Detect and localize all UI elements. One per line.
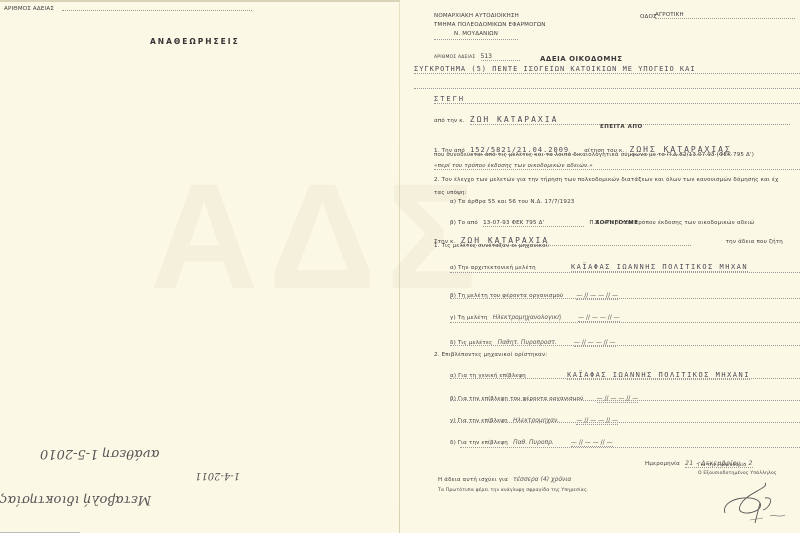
date-label: Ημερομηνία [645, 461, 680, 467]
description-line-2: ΣΤΕΓΗ [434, 95, 800, 104]
supervision-label: δ) Για την επίβλεψη [450, 440, 508, 446]
from-label: από την κ. [434, 118, 465, 124]
supervision-row: δ) Για την επίβλεψη Παθ. Πυροπρ. — // — … [450, 429, 800, 448]
handwritten-note-2: 1-4-2011 [195, 470, 240, 481]
study-label: α) Την αρχιτεκτονική μελέτη [450, 265, 536, 271]
permit-number: ΑΡΙΘΜΟΣ ΑΔΕΙΑΣ 513 [434, 43, 520, 62]
study-value: ΚΑΪΑΦΑΣ ΙΩΑΝΝΗΣ ΠΟΛΙΤΙΚΟΣ ΜΗΧΑΝ [571, 263, 748, 272]
after-heading: ΕΠΕΙΤΑ ΑΠΟ [600, 124, 643, 130]
authority-line-2: ΤΜΗΜΑ ΠΟΛΕΟΔΟΜΙΚΩΝ ΕΦΑΡΜΟΓΩΝ [434, 21, 546, 30]
studies-heading: 1. Τις μελέτες συνέταξαν οι μηχανικοί: [434, 243, 550, 249]
revisions-heading: ΑΝΑΘΕΩΡΗΣΕΙΣ [150, 37, 240, 46]
description-blank-line [414, 88, 800, 89]
authority-line-3: Ν. ΜΟΥΔΑΝΙΩΝ [434, 30, 518, 40]
signature-block: Για την Πολεοδομία Ο Εξουσιοδοτημένος Υπ… [698, 462, 777, 478]
supervision-value: — // — — // — [576, 417, 618, 425]
authority-block: ΝΟΜΑΡΧΙΑΚΗ ΑΥΤΟΔΙΟΙΚΗΣΗ ΤΜΗΜΑ ΠΟΛΕΟΔΟΜΙΚ… [434, 12, 546, 40]
supervision-hand-label: Παθ. Πυροπρ. [513, 439, 554, 446]
item2-a: α) Τα άρθρα 55 και 56 του Ν.Δ. 17/7/1923 [450, 199, 575, 205]
validity-row: Η άδεια αυτή ισχύει για τέσσερα (4) χρόν… [438, 466, 571, 485]
study-value: — // — — // — [578, 314, 620, 322]
study-hand-label: Ηλεκτρομηχανολογική [493, 314, 561, 321]
signature-line-1: Για την Πολεοδομία [698, 462, 777, 470]
footer-note: Τα Πρωτότυπα φέρει την ανάγλυφη σφραγίδα… [438, 488, 588, 493]
signature-icon [715, 478, 795, 528]
supervision-heading: 2. Επιβλέποντες μηχανικοί ορίστηκαν: [434, 352, 547, 358]
right-page: ΑΔΣ ΝΟΜΑΡΧΙΑΚΗ ΑΥΤΟΔΙΟΙΚΗΣΗ ΤΜΗΜΑ ΠΟΛΕΟΔ… [400, 0, 800, 533]
permit-number-label: ΑΡΙΘΜΟΣ ΑΔΕΙΑΣ [434, 55, 475, 60]
supervision-value: — // — — // — [571, 439, 613, 447]
grant-heading: ΧΟΡΗΓΟΥΜΕ [595, 220, 638, 226]
supervision-blank-line [450, 378, 800, 379]
item2-b-prefix: β) Το από [450, 220, 478, 226]
supervision-blank-line [450, 400, 800, 401]
grant-suffix: την άδεια που ζήτη [726, 239, 783, 245]
study-blank-line [450, 345, 800, 346]
supervision-row: γ) Για την επίβλεψη Ηλεκτρομηχαν. — // —… [450, 407, 800, 426]
supervision-label: γ) Για την επίβλεψη [450, 418, 508, 424]
study-blank-line [450, 322, 800, 323]
item2-b-value: 13-07-93 ΦΕΚ 795 Δ' [483, 220, 584, 227]
validity-value: τέσσερα (4) χρόνια [513, 476, 571, 483]
document-title: ΑΔΕΙΑ ΟΙΚΟΔΟΜΗΣ [540, 55, 622, 63]
study-blank-line [450, 298, 800, 299]
description-line-1: ΣΥΓΚΡΟΤΗΜΑ (5) ΠΕΝΤΕ ΙΣΟΓΕΙΩΝ ΚΑΤΟΙΚΙΩΝ … [414, 65, 800, 74]
validity-prefix: Η άδεια αυτή ισχύει για [438, 477, 508, 483]
item1-line3: «περί του τρόπου έκδοσης των οικοδομικών… [434, 163, 800, 170]
supervision-blank-line [450, 422, 800, 423]
street-value: ΑΓΡΟΤΙΚΗ [655, 12, 795, 19]
permit-number-value: 513 [481, 53, 520, 61]
handwritten-note-1: ανάθεση 1-5-2010 [40, 446, 159, 461]
supervision-row: β) Για την επίβλεψη του φέροντα οργανισμ… [450, 385, 800, 404]
study-label: γ) Τη μελέτη [450, 315, 488, 321]
item1-line2: που συνοδεύεται από τις μελέτες και τα λ… [434, 152, 754, 158]
supervision-blank-line [460, 447, 800, 448]
signature-line-2: Ο Εξουσιοδοτημένος Υπάλληλος [698, 470, 777, 478]
study-row: γ) Τη μελέτη Ηλεκτρομηχανολογική — // — … [450, 304, 800, 323]
left-permit-number-label: ΑΡΙΘΜΟΣ ΑΔΕΙΑΣ [4, 6, 54, 12]
handwritten-note-3: Μεταβολή ιδιοκτησίας [0, 492, 151, 507]
item2-line2: τας υπόψη: [434, 190, 467, 196]
left-permit-number-line [62, 10, 252, 11]
authority-line-1: ΝΟΜΑΡΧΙΑΚΗ ΑΥΤΟΔΙΟΙΚΗΣΗ [434, 12, 546, 21]
supervision-label: β) Για την επίβλεψη του φέροντα οργανισμ… [450, 396, 584, 402]
supervision-value: — // — — // — [597, 395, 639, 403]
item2-line1: 2. Τον έλεγχο των μελετών για την τήρηση… [434, 177, 778, 183]
study-row: α) Την αρχιτεκτονική μελέτη ΚΑΪΑΦΑΣ ΙΩΑΝ… [450, 254, 800, 273]
study-blank-line [450, 272, 800, 273]
